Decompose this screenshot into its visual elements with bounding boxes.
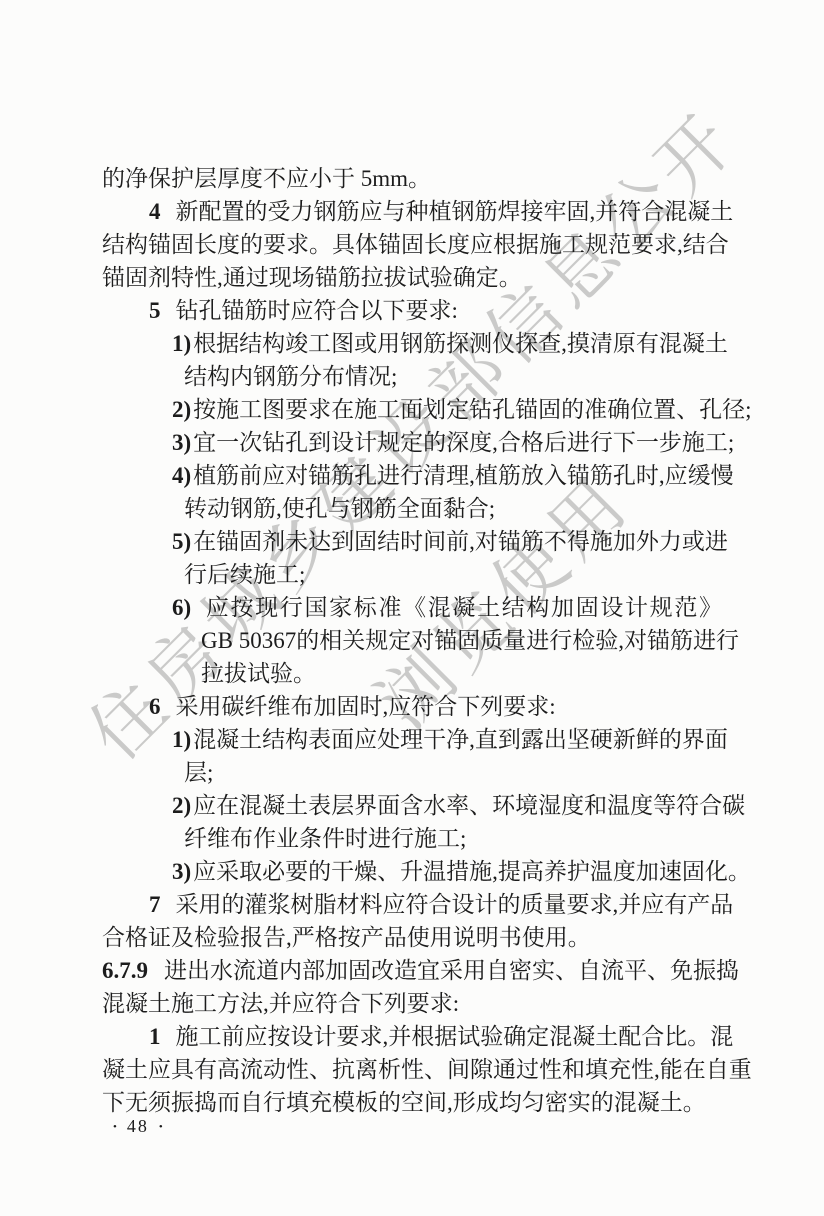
text-line: 5钻孔锚筋时应符合以下要求: xyxy=(102,294,722,327)
footer-dot-left: • xyxy=(113,1121,117,1133)
line-text: 根据结构竣工图或用钢筋探测仪探查,摸清原有混凝土 xyxy=(193,331,728,356)
clause-number: 5 xyxy=(149,298,161,323)
text-line: 2)应在混凝土表层界面含水率、环境湿度和温度等符合碳 xyxy=(102,789,722,822)
line-text: 施工前应按设计要求,并根据试验确定混凝土配合比。混 xyxy=(176,1024,734,1049)
clause-number: 6 xyxy=(149,694,161,719)
text-line: 混凝土施工方法,并应符合下列要求: xyxy=(102,987,722,1020)
clause-number: 5) xyxy=(172,529,191,554)
text-line: 3)宜一次钻孔到设计规定的深度,合格后进行下一步施工; xyxy=(102,426,722,459)
line-text: 凝土应具有高流动性、抗离析性、间隙通过性和填充性,能在自重 xyxy=(102,1057,752,1082)
text-line: 4)植筋前应对锚筋孔进行清理,植筋放入锚筋孔时,应缓慢 xyxy=(102,459,722,492)
page-number: 48 xyxy=(127,1116,149,1136)
text-line: 层; xyxy=(102,756,722,789)
clause-number: 2) xyxy=(172,397,191,422)
text-line: 1施工前应按设计要求,并根据试验确定混凝土配合比。混 xyxy=(102,1020,722,1053)
line-text: 植筋前应对锚筋孔进行清理,植筋放入锚筋孔时,应缓慢 xyxy=(193,463,734,488)
text-line: 的净保护层厚度不应小于 5mm。 xyxy=(102,162,722,195)
line-text: 在锚固剂未达到固结时间前,对锚筋不得施加外力或进 xyxy=(193,529,728,554)
text-line: GB 50367的相关规定对锚固质量进行检验,对锚筋进行 xyxy=(102,624,722,657)
document-page: 住房城乡建设部信息公开 浏览使用 的净保护层厚度不应小于 5mm。4新配置的受力… xyxy=(0,0,824,1216)
clause-number: 4 xyxy=(149,199,161,224)
line-text: 应按现行国家标准《混凝土结构加固设计规范》 xyxy=(204,595,722,620)
page-footer: •48• xyxy=(113,1116,163,1137)
text-line: 纤维布作业条件时进行施工; xyxy=(102,822,722,855)
line-text: 应在混凝土表层界面含水率、环境湿度和温度等符合碳 xyxy=(193,793,745,818)
text-line: 凝土应具有高流动性、抗离析性、间隙通过性和填充性,能在自重 xyxy=(102,1053,722,1086)
clause-number: 3) xyxy=(172,859,191,884)
line-text: 混凝土施工方法,并应符合下列要求: xyxy=(102,991,459,1016)
line-text: 纤维布作业条件时进行施工; xyxy=(184,826,466,851)
text-line: 1)根据结构竣工图或用钢筋探测仪探查,摸清原有混凝土 xyxy=(102,327,722,360)
line-text: 锚固剂特性,通过现场锚筋拉拔试验确定。 xyxy=(102,265,522,290)
text-line: 拉拔试验。 xyxy=(102,657,722,690)
text-line: 锚固剂特性,通过现场锚筋拉拔试验确定。 xyxy=(102,261,722,294)
line-text: 混凝土结构表面应处理干净,直到露出坚硬新鲜的界面 xyxy=(193,727,728,752)
line-text: 新配置的受力钢筋应与种植钢筋焊接牢固,并符合混凝土 xyxy=(176,199,734,224)
line-text: 应采取必要的干燥、升温措施,提高养护温度加速固化。 xyxy=(193,859,751,884)
text-line: 2)按施工图要求在施工面划定钻孔锚固的准确位置、孔径; xyxy=(102,393,722,426)
line-text: 拉拔试验。 xyxy=(201,661,316,686)
body-text: 的净保护层厚度不应小于 5mm。4新配置的受力钢筋应与种植钢筋焊接牢固,并符合混… xyxy=(102,162,722,1119)
clause-number: 1 xyxy=(149,1024,161,1049)
clause-number: 1) xyxy=(172,331,191,356)
line-text: 进出水流道内部加固改造宜采用自密实、自流平、免振捣 xyxy=(164,958,739,983)
line-text: 钻孔锚筋时应符合以下要求: xyxy=(176,298,458,323)
clause-number: 6) xyxy=(172,595,191,620)
text-line: 行后续施工; xyxy=(102,558,722,591)
line-text: 的净保护层厚度不应小于 5mm。 xyxy=(102,166,431,191)
line-text: GB 50367的相关规定对锚固质量进行检验,对锚筋进行 xyxy=(201,628,739,653)
text-line: 6采用碳纤维布加固时,应符合下列要求: xyxy=(102,690,722,723)
text-line: 转动钢筋,使孔与钢筋全面黏合; xyxy=(102,492,722,525)
text-line: 6)应按现行国家标准《混凝土结构加固设计规范》 xyxy=(102,591,722,624)
text-line: 下无须振捣而自行填充模板的空间,形成均匀密实的混凝土。 xyxy=(102,1086,722,1119)
clause-number: 2) xyxy=(172,793,191,818)
text-line: 7采用的灌浆树脂材料应符合设计的质量要求,并应有产品 xyxy=(102,888,722,921)
text-line: 结构锚固长度的要求。具体锚固长度应根据施工规范要求,结合 xyxy=(102,228,722,261)
footer-dot-right: • xyxy=(159,1121,163,1133)
line-text: 合格证及检验报告,严格按产品使用说明书使用。 xyxy=(102,925,591,950)
line-text: 行后续施工; xyxy=(184,562,305,587)
text-line: 结构内钢筋分布情况; xyxy=(102,360,722,393)
text-line: 3)应采取必要的干燥、升温措施,提高养护温度加速固化。 xyxy=(102,855,722,888)
clause-number: 3) xyxy=(172,430,191,455)
clause-number: 1) xyxy=(172,727,191,752)
line-text: 转动钢筋,使孔与钢筋全面黏合; xyxy=(184,496,495,521)
clause-number: 7 xyxy=(149,892,161,917)
text-line: 6.7.9进出水流道内部加固改造宜采用自密实、自流平、免振捣 xyxy=(102,954,722,987)
line-text: 采用的灌浆树脂材料应符合设计的质量要求,并应有产品 xyxy=(176,892,734,917)
line-text: 按施工图要求在施工面划定钻孔锚固的准确位置、孔径; xyxy=(193,397,751,422)
text-line: 4新配置的受力钢筋应与种植钢筋焊接牢固,并符合混凝土 xyxy=(102,195,722,228)
text-line: 1)混凝土结构表面应处理干净,直到露出坚硬新鲜的界面 xyxy=(102,723,722,756)
text-line: 合格证及检验报告,严格按产品使用说明书使用。 xyxy=(102,921,722,954)
clause-number: 4) xyxy=(172,463,191,488)
text-line: 5)在锚固剂未达到固结时间前,对锚筋不得施加外力或进 xyxy=(102,525,722,558)
line-text: 采用碳纤维布加固时,应符合下列要求: xyxy=(176,694,556,719)
line-text: 宜一次钻孔到设计规定的深度,合格后进行下一步施工; xyxy=(193,430,734,455)
section-number: 6.7.9 xyxy=(102,958,148,983)
line-text: 结构锚固长度的要求。具体锚固长度应根据施工规范要求,结合 xyxy=(102,232,729,257)
line-text: 层; xyxy=(184,760,213,785)
line-text: 结构内钢筋分布情况; xyxy=(184,364,397,389)
line-text: 下无须振捣而自行填充模板的空间,形成均匀密实的混凝土。 xyxy=(102,1090,706,1115)
